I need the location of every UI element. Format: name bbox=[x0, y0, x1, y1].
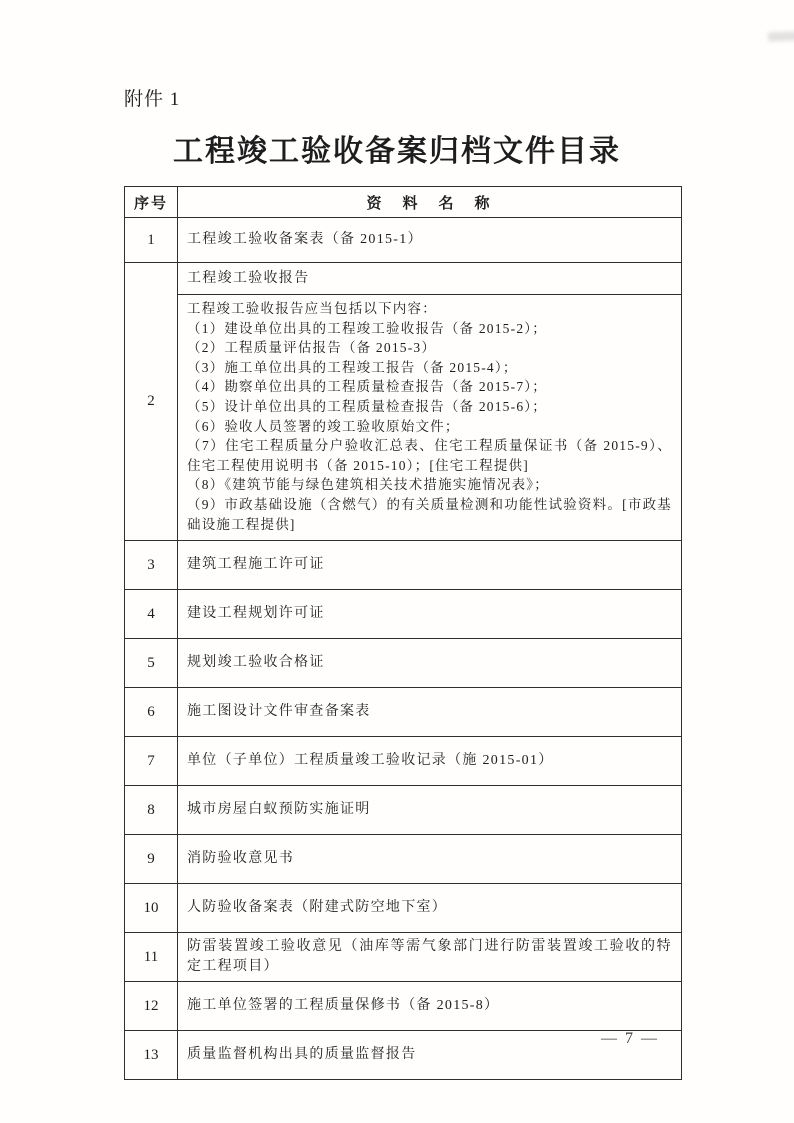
attachment-label: 附件 1 bbox=[124, 84, 180, 111]
row-index: 2 bbox=[125, 263, 178, 541]
row-name: 建筑工程施工许可证 bbox=[178, 541, 682, 590]
row-name: 规划竣工验收合格证 bbox=[178, 639, 682, 688]
table-row: 11 防雷装置竣工验收意见（油库等需气象部门进行防雷装置竣工验收的特定工程项目） bbox=[125, 933, 682, 982]
table-header-row: 序号 资 料 名 称 bbox=[125, 187, 682, 218]
row-name: 单位（子单位）工程质量竣工验收记录（施 2015-01） bbox=[178, 737, 682, 786]
row-index: 10 bbox=[125, 884, 178, 933]
row-index: 1 bbox=[125, 218, 178, 263]
table-row: 4 建设工程规划许可证 bbox=[125, 590, 682, 639]
report-item: （7）住宅工程质量分户验收汇总表、住宅工程质量保证书（备 2015-9）、住宅工… bbox=[187, 436, 672, 475]
row-index: 9 bbox=[125, 835, 178, 884]
row-name: 消防验收意见书 bbox=[178, 835, 682, 884]
row-name: 施工图设计文件审查备案表 bbox=[178, 688, 682, 737]
table-row: 5 规划竣工验收合格证 bbox=[125, 639, 682, 688]
row-index: 3 bbox=[125, 541, 178, 590]
row-index: 5 bbox=[125, 639, 178, 688]
row-index: 12 bbox=[125, 982, 178, 1031]
row-index: 4 bbox=[125, 590, 178, 639]
report-item: （5）设计单位出具的工程质量检查报告（备 2015-6）； bbox=[187, 397, 672, 417]
row-name: 城市房屋白蚁预防实施证明 bbox=[178, 786, 682, 835]
table-row: 6 施工图设计文件审查备案表 bbox=[125, 688, 682, 737]
row-name-composite: 工程竣工验收报告 工程竣工验收报告应当包括以下内容： （1）建设单位出具的工程竣… bbox=[178, 263, 682, 541]
report-item: （9）市政基础设施（含燃气）的有关质量检测和功能性试验资料。[市政基础设施工程提… bbox=[187, 495, 672, 534]
report-item: （4）勘察单位出具的工程质量检查报告（备 2015-7）； bbox=[187, 377, 672, 397]
table-row: 9 消防验收意见书 bbox=[125, 835, 682, 884]
page-title: 工程竣工验收备案归档文件目录 bbox=[0, 126, 794, 170]
report-intro-line: 工程竣工验收报告应当包括以下内容： bbox=[187, 299, 672, 319]
row-index: 11 bbox=[125, 933, 178, 982]
table-row: 3 建筑工程施工许可证 bbox=[125, 541, 682, 590]
row-index: 6 bbox=[125, 688, 178, 737]
header-cell-index: 序号 bbox=[125, 187, 178, 218]
document-page: 附件 1 工程竣工验收备案归档文件目录 序号 资 料 名 称 1 工程竣工验收备… bbox=[0, 0, 794, 1123]
row-index: 8 bbox=[125, 786, 178, 835]
table-row: 7 单位（子单位）工程质量竣工验收记录（施 2015-01） bbox=[125, 737, 682, 786]
table-row: 8 城市房屋白蚁预防实施证明 bbox=[125, 786, 682, 835]
report-title-subcell: 工程竣工验收报告 bbox=[178, 263, 681, 295]
row-name: 人防验收备案表（附建式防空地下室） bbox=[178, 884, 682, 933]
header-cell-name: 资 料 名 称 bbox=[178, 187, 682, 218]
report-item: （8）《建筑节能与绿色建筑相关技术措施实施情况表》； bbox=[187, 475, 672, 495]
report-item: （2）工程质量评估报告（备 2015-3） bbox=[187, 338, 672, 358]
report-item: （1）建设单位出具的工程竣工验收报告（备 2015-2）； bbox=[187, 319, 672, 339]
row-name: 施工单位签署的工程质量保修书（备 2015-8） bbox=[178, 982, 682, 1031]
row-index: 13 bbox=[125, 1031, 178, 1080]
row-name: 防雷装置竣工验收意见（油库等需气象部门进行防雷装置竣工验收的特定工程项目） bbox=[178, 933, 682, 982]
table-row-composite: 2 工程竣工验收报告 工程竣工验收报告应当包括以下内容： （1）建设单位出具的工… bbox=[125, 263, 682, 541]
row-name: 建设工程规划许可证 bbox=[178, 590, 682, 639]
row-name: 工程竣工验收备案表（备 2015-1） bbox=[178, 218, 682, 263]
page-number: — 7 — bbox=[560, 1030, 700, 1048]
table-row: 12 施工单位签署的工程质量保修书（备 2015-8） bbox=[125, 982, 682, 1031]
scan-artifact bbox=[768, 28, 794, 42]
report-contents-subcell: 工程竣工验收报告应当包括以下内容： （1）建设单位出具的工程竣工验收报告（备 2… bbox=[178, 295, 681, 540]
table-row: 10 人防验收备案表（附建式防空地下室） bbox=[125, 884, 682, 933]
row-index: 7 bbox=[125, 737, 178, 786]
report-item: （6）验收人员签署的竣工验收原始文件； bbox=[187, 417, 672, 437]
report-item: （3）施工单位出具的工程竣工报告（备 2015-4）； bbox=[187, 358, 672, 378]
table-row: 1 工程竣工验收备案表（备 2015-1） bbox=[125, 218, 682, 263]
document-table: 序号 资 料 名 称 1 工程竣工验收备案表（备 2015-1） 2 工程竣工验… bbox=[124, 186, 682, 1080]
